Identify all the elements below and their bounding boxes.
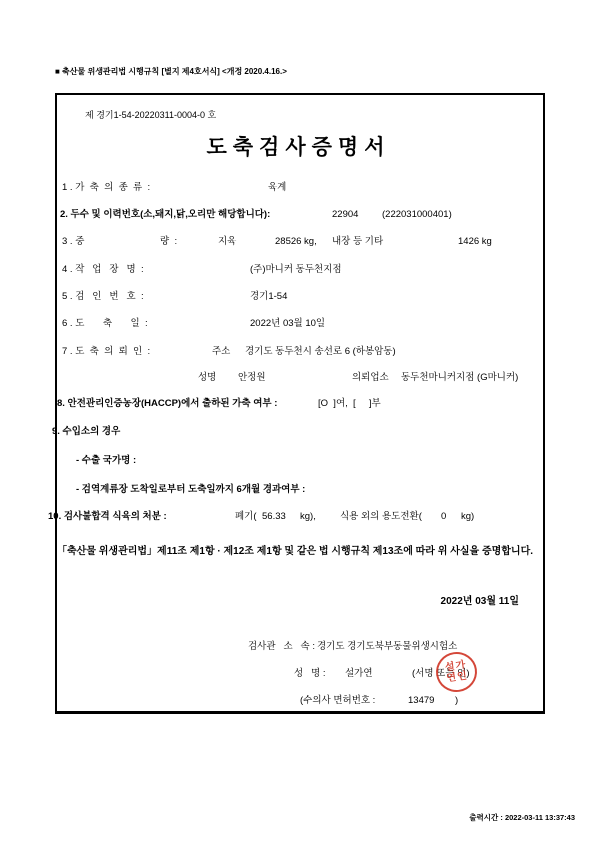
client-name-label: 성명 bbox=[198, 372, 216, 384]
inspector-name-value: 설가연 bbox=[345, 668, 373, 680]
inspector-affiliation-label: 검사관 소 속 : bbox=[248, 641, 315, 653]
seal-text-bottom: 연인 bbox=[446, 671, 469, 685]
disposal-discard-value: 56.33 bbox=[262, 511, 286, 523]
legal-statement: 「축산물 위생관리법」제11조 제1항 · 제12조 제1항 및 같은 법 시행… bbox=[57, 541, 539, 563]
disposal-convert-label: 식용 외의 용도전환( bbox=[340, 511, 422, 523]
weight-label-left: 3 . 중 bbox=[62, 236, 84, 248]
workplace-value: (주)마니커 동두천지점 bbox=[250, 264, 342, 276]
document-number: 제 경기1-54-20220311-0004-0 호 bbox=[85, 109, 216, 121]
disposal-convert-unit: kg) bbox=[461, 511, 474, 523]
license-close: ) bbox=[455, 695, 458, 707]
head-count-value: 22904 bbox=[332, 209, 358, 221]
carcass-weight-value: 28526 kg, bbox=[275, 236, 317, 248]
slaughter-date-label: 6 . 도 축 일 : bbox=[62, 318, 148, 330]
imported-cattle-label: 9. 수입소의 경우 bbox=[52, 426, 120, 438]
haccp-label: 8. 안전관리인증농장(HACCP)에서 출하된 가축 여부 : bbox=[57, 398, 277, 410]
disposal-convert-value: 0 bbox=[441, 511, 446, 523]
trace-number-value: (222031000401) bbox=[382, 209, 452, 221]
seal-number-value: 경기1-54 bbox=[250, 291, 287, 303]
seal-number-label: 5 . 검 인 번 호 : bbox=[62, 291, 144, 303]
slaughter-date-value: 2022년 03월 10일 bbox=[250, 318, 325, 330]
issue-date: 2022년 03월 11일 bbox=[55, 592, 519, 607]
livestock-type-value: 육계 bbox=[268, 182, 286, 194]
inspector-name-label: 성 명 : bbox=[294, 668, 326, 680]
haccp-value: [O ]여, [ ]부 bbox=[318, 398, 381, 410]
disposal-label: 10. 검사불합격 식육의 처분 : bbox=[48, 511, 167, 523]
license-number: 13479 bbox=[408, 695, 434, 707]
quarantine-label: - 검역계류장 도착일로부터 도축일까지 6개월 경과여부 : bbox=[76, 484, 305, 496]
print-time: 출력시간 : 2022-03-11 13:37:43 bbox=[355, 812, 575, 823]
carcass-weight-label: 지육 bbox=[218, 236, 236, 248]
client-business-label: 의뢰업소 bbox=[352, 372, 389, 384]
offal-weight-value: 1426 kg bbox=[458, 236, 492, 248]
inspector-affiliation-value: 경기도 경기도북부동물위생시험소 bbox=[317, 641, 457, 653]
head-count-label: 2. 두수 및 이력번호(소,돼지,닭,오리만 해당합니다): bbox=[60, 209, 270, 221]
client-business-value: 동두천마니커지점 (G마니커) bbox=[401, 372, 518, 384]
workplace-label: 4 . 작 업 장 명 : bbox=[62, 264, 144, 276]
regulation-note: ■ 축산물 위생관리법 시행규칙 [별지 제4호서식] <개정 2020.4.1… bbox=[55, 66, 287, 78]
weight-label-right: 량 : bbox=[160, 236, 177, 248]
disposal-discard-unit: kg), bbox=[300, 511, 316, 523]
export-country-label: - 수출 국가명 : bbox=[76, 455, 136, 467]
livestock-type-label: 1 . 가 축 의 종 류 : bbox=[62, 182, 150, 194]
client-label: 7 . 도 축 의 뢰 인 : bbox=[62, 346, 150, 358]
disposal-discard-label: 폐기( bbox=[235, 511, 257, 523]
client-name-value: 안정원 bbox=[238, 372, 266, 384]
offal-weight-label: 내장 등 기타 bbox=[332, 236, 383, 248]
page: { "header": { "regulation_note": "■ 축산물 … bbox=[0, 0, 595, 842]
client-address-label: 주소 bbox=[212, 346, 230, 358]
page-title: 도축검사증명서 bbox=[55, 131, 542, 161]
license-label: (수의사 면허번호 : bbox=[300, 695, 375, 707]
client-address-value: 경기도 동두천시 송선로 6 (하봉암동) bbox=[245, 346, 396, 358]
